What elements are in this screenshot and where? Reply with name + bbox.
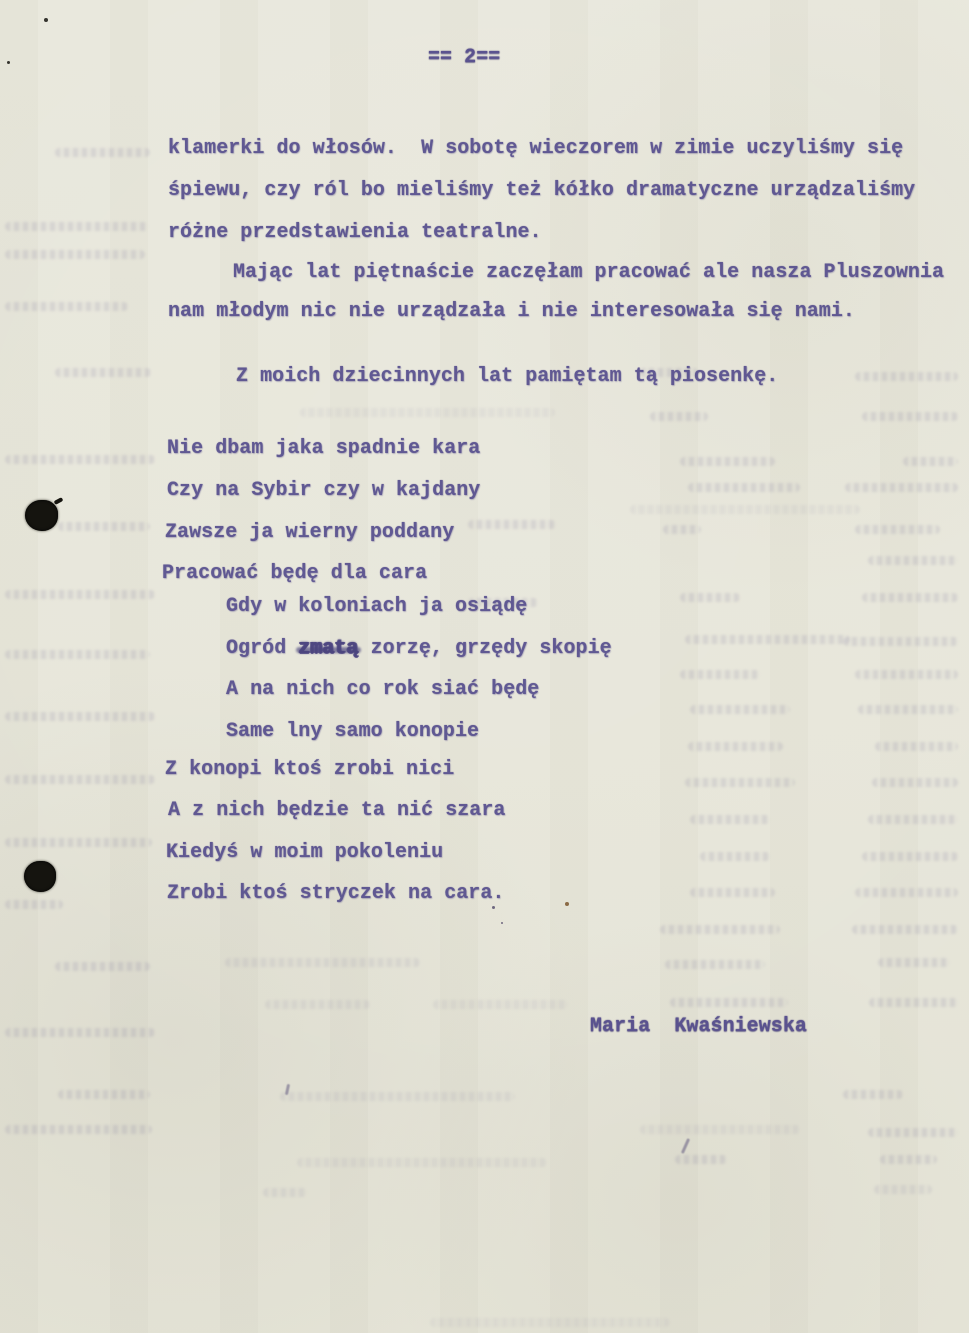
bleedthrough-smudge xyxy=(843,1090,903,1099)
bleedthrough-smudge xyxy=(5,302,128,311)
bleedthrough-smudge xyxy=(680,457,775,466)
bleedthrough-smudge xyxy=(690,815,770,824)
signature: Maria Kwaśniewska xyxy=(590,1015,807,1038)
line-segment: Ogród xyxy=(226,637,298,660)
bleedthrough-smudge xyxy=(680,670,760,679)
bleedthrough-smudge xyxy=(688,483,800,492)
body-line-1: klamerki do włosów. W sobotę wieczorem w… xyxy=(168,137,903,160)
overstruck-word: zmatą xyxy=(298,637,358,660)
bleedthrough-smudge xyxy=(862,412,958,421)
body-line-4: Mając lat piętnaście zaczęłam pracować a… xyxy=(233,261,944,284)
bleedthrough-smudge xyxy=(875,742,958,751)
paper-speck xyxy=(44,18,48,22)
body-line-3: różne przedstawienia teatralne. xyxy=(168,221,542,244)
bleedthrough-smudge xyxy=(845,483,958,492)
bleedthrough-smudge xyxy=(855,525,940,534)
bleedthrough-smudge xyxy=(690,888,775,897)
bleedthrough-smudge xyxy=(874,1185,932,1194)
bleedthrough-smudge xyxy=(700,852,770,861)
poem-line-2: Czy na Sybir czy w kajdany xyxy=(167,479,480,502)
bleedthrough-smudge xyxy=(5,250,145,259)
bleedthrough-smudge xyxy=(878,958,950,967)
bleedthrough-smudge xyxy=(670,998,788,1007)
paper-speck xyxy=(565,902,569,906)
pen-mark xyxy=(285,1084,290,1095)
bleedthrough-smudge xyxy=(265,1000,370,1009)
poem-line-7: A na nich co rok siać będę xyxy=(226,678,539,701)
bleedthrough-smudge xyxy=(680,593,740,602)
paper-speck xyxy=(501,922,503,924)
paper-speck xyxy=(492,906,495,909)
body-line-6: Z moich dziecinnych lat pamiętam tą pios… xyxy=(236,365,778,388)
bleedthrough-smudge xyxy=(468,520,556,529)
bleedthrough-smudge xyxy=(858,705,958,714)
bleedthrough-smudge xyxy=(903,457,958,466)
bleedthrough-smudge xyxy=(5,455,155,464)
bleedthrough-smudge xyxy=(58,1090,150,1099)
paper-speck xyxy=(7,61,10,64)
bleedthrough-smudge xyxy=(869,998,958,1007)
bleedthrough-smudge xyxy=(263,1188,307,1197)
bleedthrough-smudge xyxy=(855,888,958,897)
poem-line-10: A z nich będzie ta nić szara xyxy=(168,799,505,822)
poem-line-5: Gdy w koloniach ja osiądę xyxy=(226,595,527,618)
bleedthrough-smudge xyxy=(843,637,958,646)
bleedthrough-smudge xyxy=(5,900,63,909)
bleedthrough-smudge xyxy=(55,368,151,377)
page-number: == 2== xyxy=(428,46,500,69)
poem-line-8: Same lny samo konopie xyxy=(226,720,479,743)
bleedthrough-smudge xyxy=(55,148,150,157)
punch-hole-tear xyxy=(54,497,64,505)
bleedthrough-smudge xyxy=(675,1155,727,1164)
punch-hole xyxy=(24,861,56,892)
bleedthrough-smudge xyxy=(660,925,780,934)
bleedthrough-smudge xyxy=(690,705,790,714)
bleedthrough-smudge xyxy=(868,1128,958,1137)
bleedthrough-smudge xyxy=(630,505,860,514)
bleedthrough-smudge xyxy=(5,222,148,231)
bleedthrough-smudge xyxy=(280,1092,515,1101)
bleedthrough-smudge xyxy=(58,522,150,531)
bleedthrough-smudge xyxy=(300,408,555,417)
bleedthrough-smudge xyxy=(872,778,958,787)
bleedthrough-smudge xyxy=(663,525,701,534)
bleedthrough-smudge xyxy=(862,852,958,861)
bleedthrough-smudge xyxy=(650,412,708,421)
bleedthrough-smudge xyxy=(5,650,150,659)
bleedthrough-smudge xyxy=(855,372,958,381)
bleedthrough-smudge xyxy=(665,960,765,969)
bleedthrough-smudge xyxy=(685,778,795,787)
bleedthrough-smudge xyxy=(862,593,958,602)
bleedthrough-smudge xyxy=(688,742,783,751)
body-line-2: śpiewu, czy ról bo mieliśmy też kółko dr… xyxy=(168,179,915,202)
bleedthrough-smudge xyxy=(5,712,155,721)
poem-line-4: Pracować będę dla cara xyxy=(162,562,427,585)
body-line-5: nam młodym nic nie urządzała i nie inter… xyxy=(168,300,855,323)
bleedthrough-smudge xyxy=(5,775,155,784)
bleedthrough-smudge xyxy=(55,962,150,971)
punch-hole xyxy=(25,500,58,531)
bleedthrough-smudge xyxy=(685,635,850,644)
bleedthrough-smudge xyxy=(5,838,152,847)
bleedthrough-smudge xyxy=(5,1125,152,1134)
poem-line-6: Ogród zmatą zorzę, grzędy skopię xyxy=(226,637,612,660)
bleedthrough-smudge xyxy=(297,1158,547,1167)
bleedthrough-smudge xyxy=(430,1318,670,1327)
poem-line-9: Z konopi ktoś zrobi nici xyxy=(165,758,454,781)
poem-line-3: Zawsze ja wierny poddany xyxy=(165,521,454,544)
bleedthrough-smudge xyxy=(880,1155,937,1164)
line-segment: zorzę, grzędy skopię xyxy=(359,637,612,660)
bleedthrough-smudge xyxy=(225,958,420,967)
bleedthrough-smudge xyxy=(5,590,155,599)
document-page: == 2==klamerki do włosów. W sobotę wiecz… xyxy=(0,0,969,1333)
pen-mark xyxy=(681,1138,690,1154)
poem-line-12: Zrobi ktoś stryczek na cara. xyxy=(167,882,504,905)
poem-line-11: Kiedyś w moim pokoleniu xyxy=(166,841,443,864)
bleedthrough-smudge xyxy=(868,556,958,565)
bleedthrough-smudge xyxy=(855,670,958,679)
bleedthrough-smudge xyxy=(852,925,958,934)
bleedthrough-smudge xyxy=(868,815,958,824)
poem-line-1: Nie dbam jaka spadnie kara xyxy=(167,437,480,460)
bleedthrough-smudge xyxy=(640,1125,800,1134)
bleedthrough-smudge xyxy=(433,1000,568,1009)
bleedthrough-smudge xyxy=(5,1028,155,1037)
